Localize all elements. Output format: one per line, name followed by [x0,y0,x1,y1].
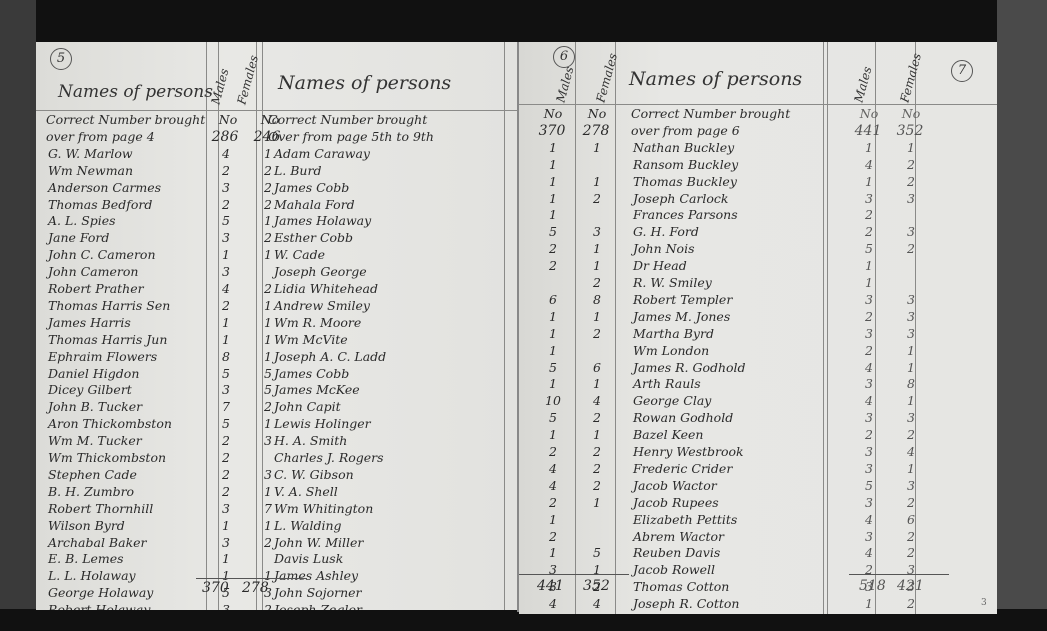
ledger-row: A. L. Spies 5 1 James Holaway [36,213,518,229]
person-name: John C. Cameron [48,247,156,263]
person-name-2: V. A. Shell [274,484,338,500]
males-count: 4 [208,146,244,162]
females-count-2: 1 [893,140,929,156]
ledger-row: 2 1 John Nois 5 2 [519,241,997,257]
females-count-2: 3 [893,562,929,578]
females-count-2: 3 [893,224,929,240]
females-count: 1 [579,495,615,511]
females-count: 1 [579,309,615,325]
ledger-row: G. W. Marlow 4 1 Adam Caraway [36,146,518,162]
ledger-row: B. H. Zumbro 2 1 V. A. Shell [36,484,518,500]
person-name: A. L. Spies [48,213,116,229]
person-name: Aron Thickombston [48,416,172,432]
names-column-header: Names of persons [629,68,802,90]
males-count: 1 [535,326,571,342]
carry-over-row: Correct Number brought No No Correct Num… [36,112,518,128]
ledger-row: Thomas Harris Sen 2 1 Andrew Smiley [36,298,518,314]
females-count: 1 [579,258,615,274]
person-name-2: James McKee [274,382,360,398]
person-name: Martha Byrd [633,326,714,342]
males-count: 1 [535,207,571,223]
scan-background-right [997,0,1047,631]
females-count-2: 8 [893,376,929,392]
females-count: 2 [579,326,615,342]
males-count: 2 [208,450,244,466]
males-count: 3 [208,264,244,280]
person-name: George Clay [633,393,711,409]
person-name-2: H. A. Smith [274,433,347,449]
person-name-2: Andrew Smiley [274,298,370,314]
ledger-row: 2 2 Henry Westbrook 3 4 [519,444,997,460]
ledger-row: 6 8 Robert Templer 3 3 [519,292,997,308]
males-count-2: 4 [851,393,887,409]
carry-units-males-2: No [849,106,889,122]
males-count: 4 [208,281,244,297]
total-males-2: 518 [859,578,886,594]
ledger-row: Ephraim Flowers 8 1 Joseph A. C. Ladd [36,349,518,365]
person-name: Archabal Baker [48,535,147,551]
person-name: Elizabeth Pettits [633,512,737,528]
males-count-2: 2 [851,207,887,223]
person-name: Wm Newman [48,163,133,179]
males-count: 4 [535,478,571,494]
person-name-2: Joseph Zeglor [274,602,362,610]
females-count-2: 6 [893,512,929,528]
carry-over-row: No No Correct Number brought No No [519,106,997,122]
males-count: 3 [208,602,244,610]
ledger-row: 1 2 Joseph Carlock 3 3 [519,191,997,207]
males-count: 1 [208,315,244,331]
person-name: Robert Thornhill [48,501,153,517]
males-count: 5 [208,213,244,229]
ledger-row: 5 6 James R. Godhold 4 1 [519,360,997,376]
header-rule [36,110,518,111]
person-name-2: John W. Miller [274,535,363,551]
person-name-2: Wm McVite [274,332,348,348]
males-count: 1 [535,157,571,173]
person-name: Frances Parsons [633,207,738,223]
person-name: Wm London [633,343,709,359]
females-count: 2 [579,478,615,494]
names-column-header-2: Names of persons [278,72,451,94]
person-name-2: L. Walding [274,518,342,534]
person-name: Wilson Byrd [48,518,125,534]
ledger-row: 1 Ransom Buckley 4 2 [519,157,997,173]
person-name: G. H. Ford [633,224,699,240]
females-count-2: 2 [893,157,929,173]
ledger-row: Daniel Higdon 5 5 James Cobb [36,366,518,382]
males-count: 5 [535,224,571,240]
females-count: 2 [579,191,615,207]
ledger-row: James Harris 1 1 Wm R. Moore [36,315,518,331]
person-name: John B. Tucker [48,399,142,415]
males-count: 1 [535,376,571,392]
names-column-header: Names of persons [58,82,213,102]
ledger-row: Stephen Cade 2 3 C. W. Gibson [36,467,518,483]
males-count-2: 3 [851,191,887,207]
males-count: 1 [208,247,244,263]
ledger-row: Wm M. Tucker 2 3 H. A. Smith [36,433,518,449]
males-count: 3 [208,180,244,196]
ledger-row: John C. Cameron 1 1 W. Cade [36,247,518,263]
males-count-2: 3 [851,461,887,477]
females-count: 1 [579,174,615,190]
person-name-2: Charles J. Rogers [274,450,384,466]
person-name: Ephraim Flowers [48,349,157,365]
males-count-2: 2 [851,343,887,359]
ledger-row: 4 4 Joseph R. Cotton 1 2 [519,596,997,612]
males-count: 6 [535,292,571,308]
scan-background-top [0,0,1047,42]
males-count: 1 [535,427,571,443]
females-count-2: 2 [893,427,929,443]
males-count: 5 [208,366,244,382]
males-count: 3 [208,382,244,398]
carry-units-males: No [533,106,573,122]
males-count: 2 [535,444,571,460]
carry-over-row: over from page 4 286 246 Over from page … [36,129,518,145]
females-count: 1 [579,140,615,156]
females-count-2: 2 [893,529,929,545]
person-name: John Cameron [48,264,138,280]
carry-label-2: Over from page 5th to 9th [268,129,434,145]
females-count-2: 2 [893,545,929,561]
person-name-2: Wm Whitington [274,501,373,517]
person-name: Thomas Bedford [48,197,152,213]
males-count: 1 [535,512,571,528]
ledger-row: Wm Thickombston 2 Charles J. Rogers [36,450,518,466]
males-count: 1 [535,343,571,359]
males-count-2: 3 [851,410,887,426]
males-count-2: 2 [851,562,887,578]
ledger-row: 10 4 George Clay 4 1 [519,393,997,409]
males-count: 2 [208,197,244,213]
ledger-row: 2 1 Dr Head 1 [519,258,997,274]
person-name: Bazel Keen [633,427,703,443]
ledger-row: 1 1 James M. Jones 2 3 [519,309,997,325]
females-count-2: 3 [893,191,929,207]
males-count: 1 [535,191,571,207]
females-count: 1 [579,562,615,578]
ledger-row: 1 1 Thomas Buckley 1 2 [519,174,997,190]
ledger-row: 4 2 Frederic Crider 3 1 [519,461,997,477]
females-column-header-2: Females [897,52,924,104]
person-name: Arth Rauls [633,376,701,392]
ledger-row: 2 Abrem Wactor 3 2 [519,529,997,545]
person-name: James Harris [48,315,131,331]
person-name: Dicey Gilbert [48,382,132,398]
males-column-header: Males [208,67,231,106]
person-name-2: John Sojorner [274,585,362,601]
females-count-2: 2 [893,596,929,612]
females-count: 2 [579,461,615,477]
females-count-2: 3 [893,309,929,325]
ledger-row: Robert Prather 4 2 Lidia Whitehead [36,281,518,297]
person-name: R. W. Smiley [633,275,712,291]
males-count: 2 [535,495,571,511]
males-count-2: 2 [851,224,887,240]
ledger-row: Thomas Harris Jun 1 1 Wm McVite [36,332,518,348]
ledger-row: 1 5 Reuben Davis 4 2 [519,545,997,561]
carry-females: 278 [573,123,619,139]
carry-males: 286 [202,129,248,145]
males-count: 10 [535,393,571,409]
ledger-row: 1 1 Bazel Keen 2 2 [519,427,997,443]
males-count-2: 4 [851,545,887,561]
person-name-2: James Cobb [274,180,349,196]
females-count: 3 [579,224,615,240]
person-name-2: Lewis Holinger [274,416,371,432]
ledger-row: 5 2 Rowan Godhold 3 3 [519,410,997,426]
females-count-2: 4 [893,444,929,460]
carry-units-females-2: No [891,106,931,122]
males-count-2: 5 [851,478,887,494]
ledger-row: Thomas Bedford 2 2 Mahala Ford [36,197,518,213]
person-name: James R. Godhold [633,360,746,376]
ledger-row: 2 R. W. Smiley 1 [519,275,997,291]
ledger-row: 5 3 G. H. Ford 2 3 [519,224,997,240]
person-name: Jacob Rowell [633,562,715,578]
males-count: 2 [535,241,571,257]
carry-label: Correct Number brought [46,112,205,128]
males-count: 1 [535,140,571,156]
males-count-2: 2 [851,427,887,443]
total-males: 370 [202,580,229,596]
males-count: 1 [208,518,244,534]
person-name-2: C. W. Gibson [274,467,354,483]
males-count: 5 [535,360,571,376]
header-rule [519,104,997,105]
males-count: 3 [208,501,244,517]
page-number-badge-2: 7 [951,60,973,82]
person-name: James M. Jones [633,309,730,325]
total-females: 278 [242,580,269,596]
males-count-2: 3 [851,376,887,392]
females-count-2: 3 [893,292,929,308]
person-name: Frederic Crider [633,461,732,477]
ledger-row: 1 Frances Parsons 2 [519,207,997,223]
person-name: Henry Westbrook [633,444,744,460]
person-name: Abrem Wactor [633,529,724,545]
females-column-header: Females [234,54,261,106]
males-count-2: 5 [851,241,887,257]
males-count-2: 3 [851,292,887,308]
males-count: 2 [535,258,571,274]
person-name-2: Joseph George [274,264,367,280]
person-name: Dr Head [633,258,687,274]
ledger-row: 2 1 Jacob Rupees 3 2 [519,495,997,511]
carry-label: Correct Number brought [631,106,790,122]
ledger-row: Jane Ford 3 2 Esther Cobb [36,230,518,246]
person-name: John Nois [633,241,695,257]
males-count: 5 [535,410,571,426]
person-name-2: Lidia Whitehead [274,281,378,297]
ledger-row: E. B. Lemes 1 Davis Lusk [36,551,518,567]
males-count-2: 4 [851,512,887,528]
person-name: Robert Prather [48,281,144,297]
ledger-row: 1 1 Arth Rauls 3 8 [519,376,997,392]
person-name-2: James Cobb [274,366,349,382]
males-count: 4 [535,596,571,612]
person-name: G. W. Marlow [48,146,133,162]
ledger-row: 1 Elizabeth Pettits 4 6 [519,512,997,528]
person-name: Ransom Buckley [633,157,738,173]
carry-label-2: Correct Number brought [268,112,427,128]
males-count-2: 1 [851,275,887,291]
females-count-2: 3 [893,410,929,426]
person-name: Robert Holaway [48,602,150,610]
person-name-2: Mahala Ford [274,197,355,213]
ledger-row: Archabal Baker 3 2 John W. Miller [36,535,518,551]
person-name: Jacob Rupees [633,495,719,511]
females-column-header: Females [593,52,620,104]
ledger-row: Robert Thornhill 3 7 Wm Whitington [36,501,518,517]
males-count: 2 [208,433,244,449]
females-count-2: 3 [893,478,929,494]
ledger-row: 3 1 Jacob Rowell 2 3 [519,562,997,578]
ledger-row: Wm Newman 2 2 L. Burd [36,163,518,179]
left-ledger-page: 5 Names of persons Males Females Names o… [36,42,518,610]
males-count-2: 1 [851,140,887,156]
person-name-2: John Capit [274,399,341,415]
scan-background-left [0,0,36,631]
ledger-row: Aron Thickombston 5 1 Lewis Holinger [36,416,518,432]
carry-females-2: 352 [887,123,933,139]
males-count: 1 [535,309,571,325]
males-count: 3 [535,562,571,578]
males-count: 1 [535,174,571,190]
person-name-2: L. Burd [274,163,321,179]
females-count: 1 [579,427,615,443]
carry-males: 370 [529,123,575,139]
females-count: 1 [579,376,615,392]
person-name-2: W. Cade [274,247,325,263]
person-name: Jane Ford [48,230,109,246]
person-name: George Holaway [48,585,153,601]
right-ledger-page: 6 Males Females Names of persons Males F… [519,42,997,614]
females-count: 2 [579,410,615,426]
females-count-2: 1 [893,393,929,409]
ledger-row: Anderson Carmes 3 2 James Cobb [36,180,518,196]
person-name: Thomas Cotton [633,579,729,595]
ledger-row: George Holaway 5 3 John Sojorner [36,585,518,601]
total-rule [519,574,629,575]
person-name-2: Joseph A. C. Ladd [274,349,386,365]
females-count-2: 2 [893,495,929,511]
corner-mark: 3 [981,598,987,608]
males-count: 1 [208,332,244,348]
males-column-header-2: Males [851,65,874,104]
total-females-2: 421 [897,578,924,594]
females-count: 4 [579,596,615,612]
ledger-row: John B. Tucker 7 2 John Capit [36,399,518,415]
females-count: 8 [579,292,615,308]
males-count-2: 3 [851,326,887,342]
person-name: Anderson Carmes [48,180,161,196]
males-count: 2 [208,163,244,179]
males-count: 2 [208,484,244,500]
person-name: Robert Templer [633,292,732,308]
person-name: E. B. Lemes [48,551,124,567]
males-count-2: 1 [851,258,887,274]
person-name: Joseph Carlock [633,191,728,207]
person-name: Wm M. Tucker [48,433,142,449]
carry-units-males: No [208,112,248,128]
total-rule-2 [849,574,949,575]
males-count: 3 [208,230,244,246]
females-count: 4 [579,393,615,409]
males-count: 1 [535,545,571,561]
ledger-row: John Cameron 3 Joseph George [36,264,518,280]
males-count: 5 [208,416,244,432]
person-name-2: James Holaway [274,213,371,229]
males-count-2: 1 [851,596,887,612]
person-name: Reuben Davis [633,545,720,561]
carry-males-2: 441 [845,123,891,139]
ledger-row: Wilson Byrd 1 1 L. Walding [36,518,518,534]
females-count: 2 [579,444,615,460]
males-count: 4 [535,461,571,477]
females-count: 5 [579,545,615,561]
ledger-row: L. L. Holaway 1 1 James Ashley [36,568,518,584]
person-name-2: Esther Cobb [274,230,353,246]
ledger-row: 1 Wm London 2 1 [519,343,997,359]
person-name: Thomas Buckley [633,174,737,190]
females-count: 1 [579,241,615,257]
ledger-row: 4 2 Jacob Wactor 5 3 [519,478,997,494]
total-females: 352 [583,578,610,594]
person-name: Stephen Cade [48,467,137,483]
males-count-2: 4 [851,360,887,376]
females-count-2: 2 [893,174,929,190]
person-name-2: Adam Caraway [274,146,370,162]
females-count-2: 3 [893,326,929,342]
males-count-2: 3 [851,529,887,545]
person-name: B. H. Zumbro [48,484,134,500]
person-name: Thomas Harris Jun [48,332,167,348]
males-count: 1 [208,551,244,567]
males-count-2: 4 [851,157,887,173]
males-count-2: 3 [851,444,887,460]
males-count-2: 3 [851,495,887,511]
carry-label: over from page 6 [631,123,740,139]
females-count-2: 1 [893,360,929,376]
males-column-header: Males [553,65,576,104]
females-count-2: 1 [893,461,929,477]
males-count: 2 [535,529,571,545]
males-count: 3 [208,535,244,551]
person-name: Daniel Higdon [48,366,139,382]
ledger-row: Robert Holaway 3 2 Joseph Zeglor [36,602,518,610]
person-name-2: Wm R. Moore [274,315,361,331]
males-count: 8 [208,349,244,365]
carry-label: over from page 4 [46,129,155,145]
total-males: 441 [537,578,564,594]
carry-units-females: No [577,106,617,122]
person-name-2: James Ashley [274,568,358,584]
person-name-2: Davis Lusk [274,551,343,567]
males-count-2: 2 [851,309,887,325]
females-count-2: 1 [893,343,929,359]
females-count: 2 [579,275,615,291]
person-name: Nathan Buckley [633,140,734,156]
total-rule [196,578,306,579]
person-name: L. L. Holaway [48,568,136,584]
males-count: 7 [208,399,244,415]
person-name: Rowan Godhold [633,410,733,426]
person-name: Wm Thickombston [48,450,166,466]
females-count: 6 [579,360,615,376]
